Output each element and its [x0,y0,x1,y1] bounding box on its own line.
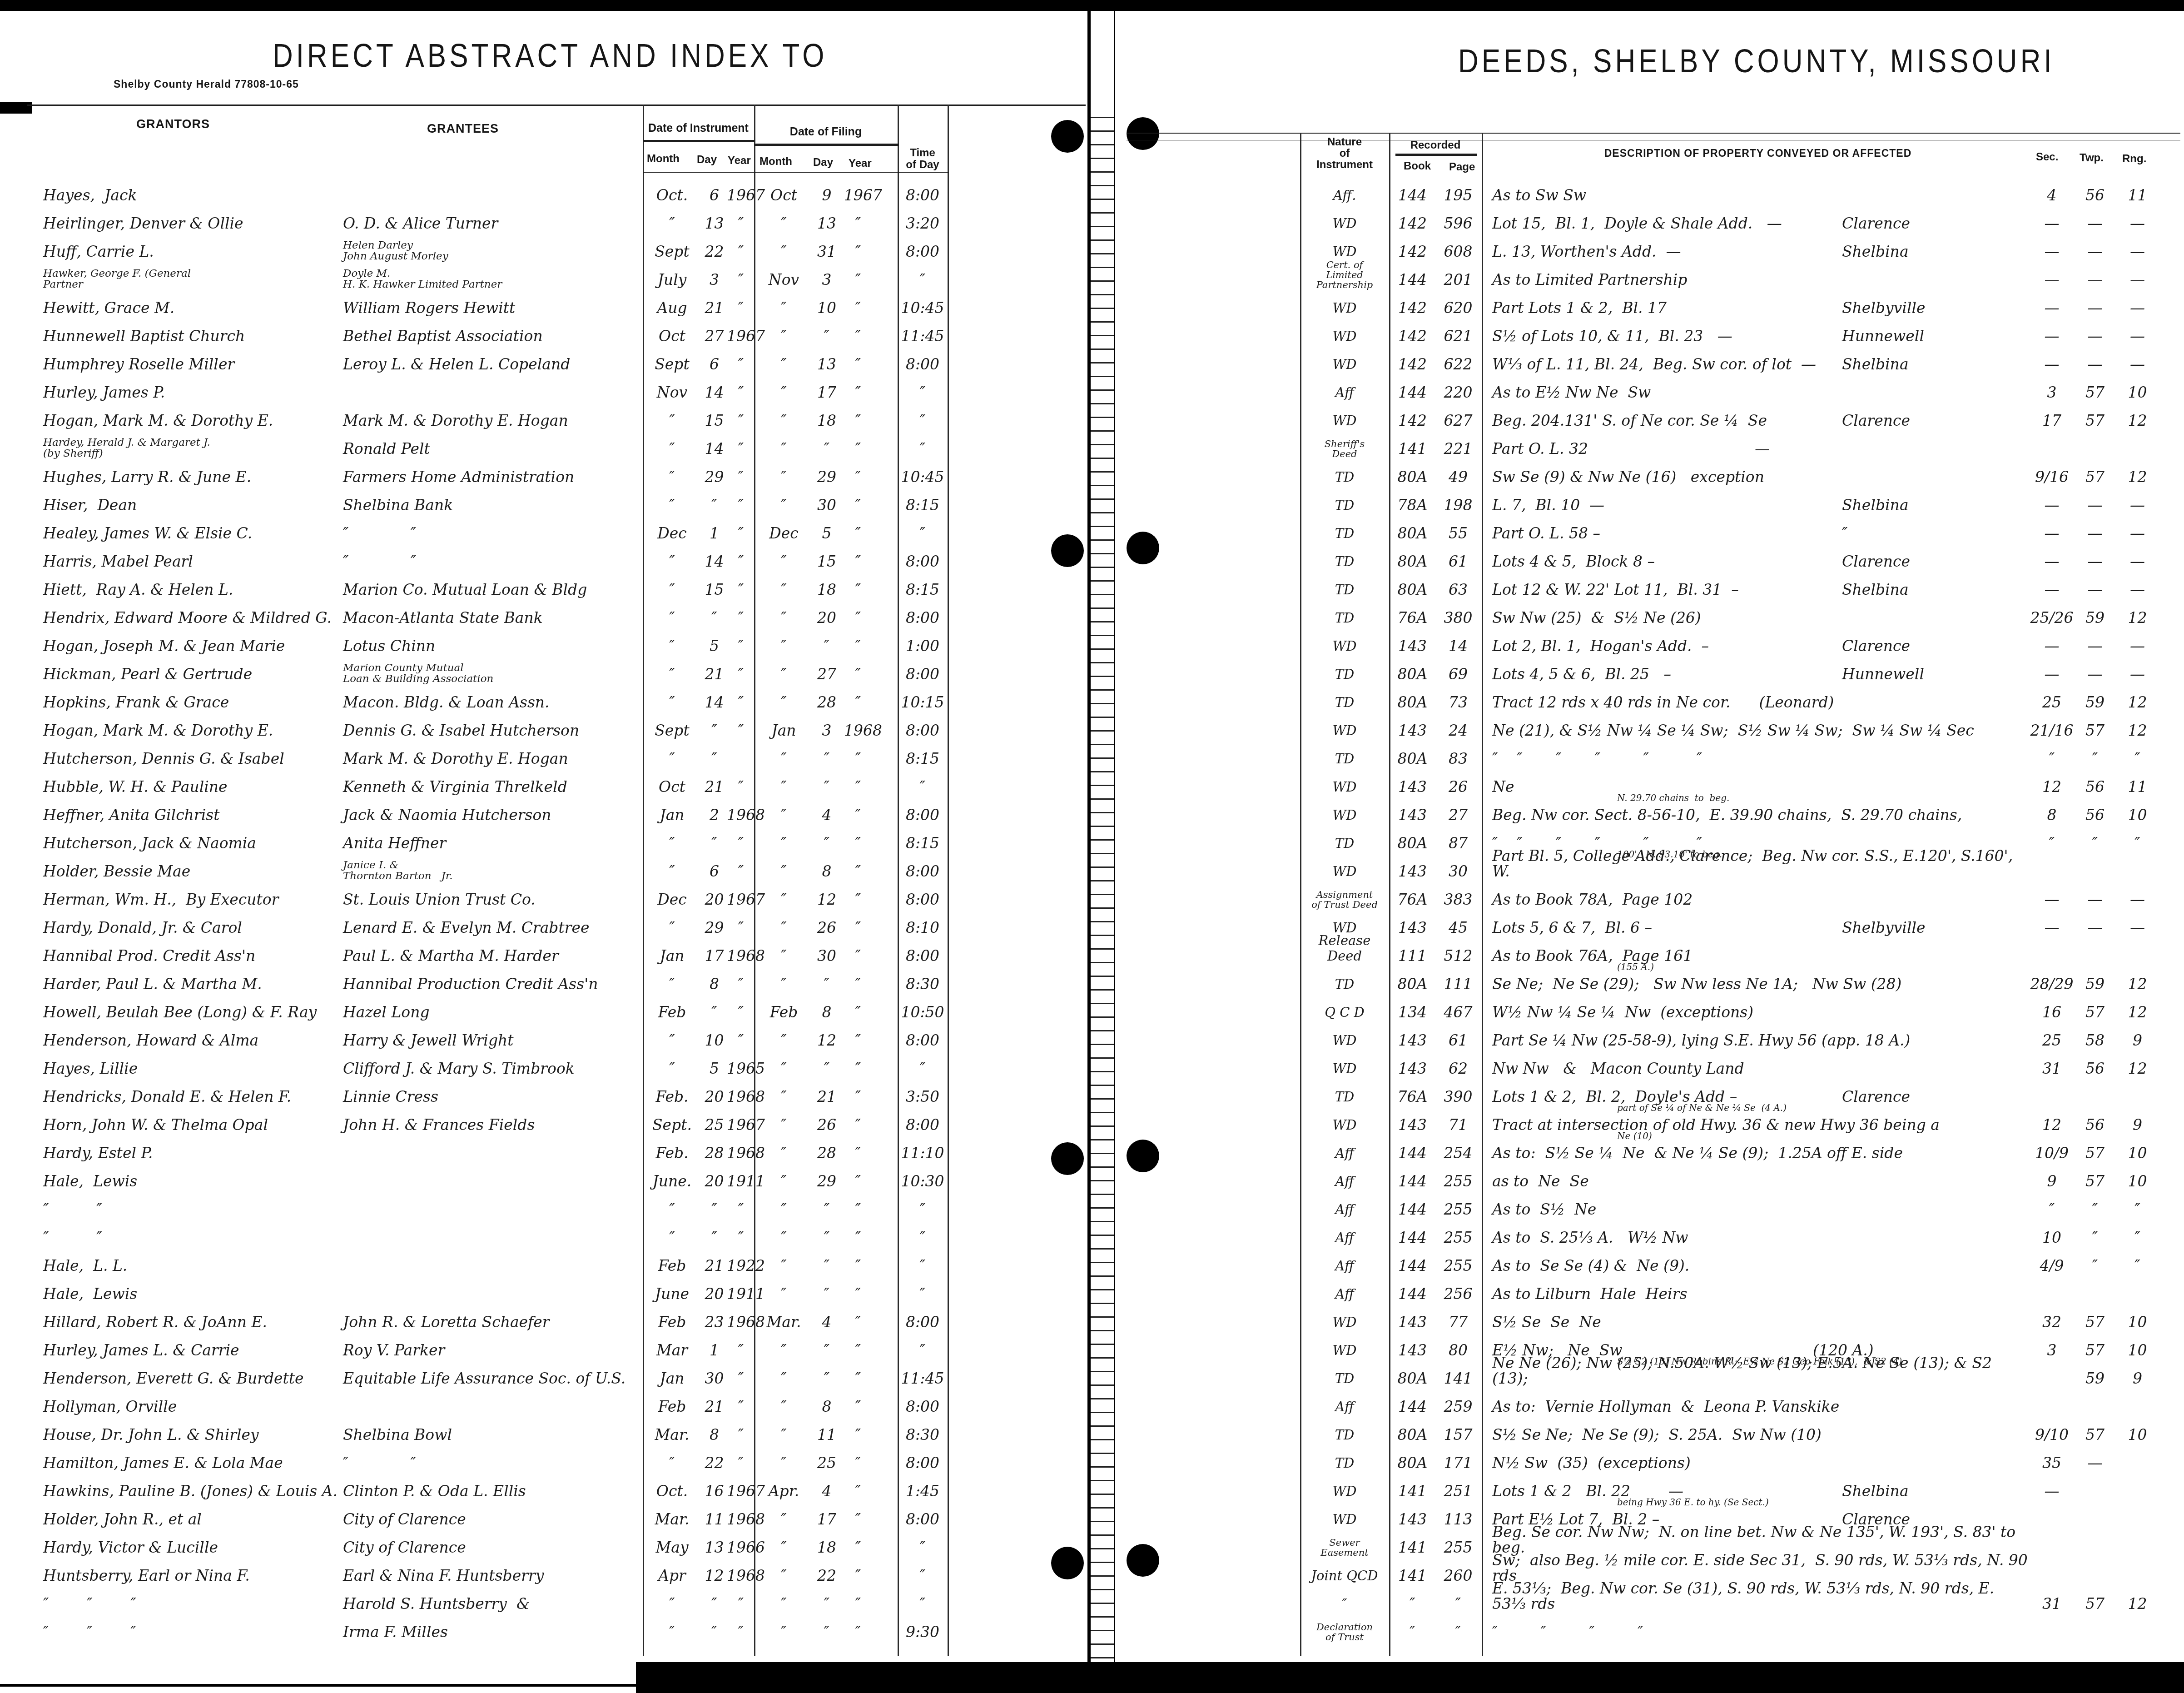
rng-cell: 10 [2116,1145,2159,1161]
instrument-month-cell: ″ [646,498,698,513]
filing-year-cell: ″ [844,638,872,654]
grantee-cell: ″ ″ [343,554,638,569]
book-cell: 80A [1391,667,1434,682]
grantor-cell: Healey, James W. & Elsie C. [43,526,338,541]
grantee-cell: City of Clarence [343,1512,638,1527]
book-cell: 80A [1391,469,1434,485]
nature-cell: WD [1300,638,1389,654]
instrument-month-cell: ″ [646,1061,698,1076]
book-cell: 144 [1391,272,1434,288]
table-row: Hale, LewisJune.201911″29″10:30Aff144255… [0,1164,2184,1192]
nature-cell: WD [1300,1117,1389,1133]
filing-year-cell: ″ [844,976,872,992]
filing-month-cell: ″ [758,1512,810,1527]
description-cell: N½ Sw (35) (exceptions) [1492,1455,2028,1471]
rng-cell: — [2116,667,2159,682]
instrument-year-cell: ″ [727,1399,755,1414]
page-cell: 157 [1435,1427,1481,1443]
book-cell: 142 [1391,216,1434,231]
grantee-cell: ″ ″ [343,526,638,541]
book-cell: 80A [1391,1371,1434,1386]
instrument-year-cell: ″ [727,920,755,936]
sec-cell: — [2030,272,2074,288]
filing-day-cell: ″ [811,1286,842,1302]
col-date-of-instrument: Date of Instrument [643,122,754,135]
instrument-day-cell: ″ [700,1596,729,1612]
nature-cell: WD [1300,1061,1389,1076]
table-row: Hogan, Joseph M. & Jean MarieLotus Chinn… [0,629,2184,657]
time-of-day-cell: 8:30 [898,976,947,992]
rng-cell: ″ [2116,1258,2159,1274]
nature-cell: WD [1300,216,1389,231]
instrument-day-cell: ″ [700,1624,729,1640]
filing-year-cell: ″ [844,864,872,879]
book-cell: 76A [1391,892,1434,907]
description-note: part of Se ¼ of Ne & Ne ¼ Se (4 A.) [1617,1103,2026,1112]
grantor-cell: Hutcherson, Jack & Naomia [43,836,338,851]
book-cell: 144 [1391,188,1434,203]
time-of-day-cell: 3:50 [898,1089,947,1105]
time-of-day-cell: ″ [898,1230,947,1245]
rng-cell: 12 [2116,610,2159,626]
rng-cell: — [2116,554,2159,569]
grantee-cell: William Rogers Hewitt [343,300,638,316]
page-cell: 467 [1435,1005,1481,1020]
time-of-day-cell: 1:00 [898,638,947,654]
instrument-day-cell: 14 [700,385,729,400]
sec-cell: — [2030,498,2074,513]
rng-label: Rng. [2122,153,2146,165]
filing-day-cell: 4 [811,1484,842,1499]
description-cell: W½ Nw ¼ Se ¼ Nw (exceptions) [1492,1005,2028,1020]
filing-year-cell: ″ [844,1512,872,1527]
instrument-month-cell: Feb [646,1005,698,1020]
instrument-year-cell: ″ [727,1371,755,1386]
description-cell: Beg. Se cor. Nw Nw; N. on line bet. Nw &… [1492,1524,2028,1555]
filing-year-cell: ″ [844,1540,872,1555]
grantor-cell: ″ ″ ″ [43,1624,338,1640]
grantor-cell: Hurley, James L. & Carrie [43,1343,338,1358]
grantee-cell: Irma F. Milles [343,1624,638,1640]
instrument-day-cell: 21 [700,300,729,316]
rng-cell: 10 [2116,385,2159,400]
nature-cell: WD [1300,300,1389,316]
grantee-cell: Hannibal Production Credit Ass'n [343,976,638,992]
instrument-year-cell: 1966 [727,1540,755,1555]
instrument-day-cell: 21 [700,667,729,682]
page-cell: 512 [1435,948,1481,964]
grantee-cell: Marion Co. Mutual Loan & Bldg [343,582,638,598]
page-cell: 73 [1435,695,1481,710]
filing-year-cell: ″ [844,1343,872,1358]
rng-cell: 12 [2116,413,2159,428]
instrument-month-cell: ″ [646,441,698,457]
grantor-cell: Henderson, Howard & Alma [43,1033,338,1048]
time-of-day-cell: 10:45 [898,469,947,485]
time-of-day-cell: 8:00 [898,807,947,823]
table-row: Herman, Wm. H., By ExecutorSt. Louis Uni… [0,882,2184,911]
rng-cell: 12 [2116,1061,2159,1076]
twp-cell: — [2075,329,2115,344]
grantee-cell: Doyle M. H. K. Hawker Limited Partner [343,268,638,290]
grantor-cell: Heirlinger, Denver & Ollie [43,216,338,231]
nature-cell: WD [1300,864,1389,879]
page-cell: 113 [1435,1512,1481,1527]
instrument-year-cell: ″ [727,272,755,288]
instrument-day-cell: 23 [700,1315,729,1330]
page-cell: 80 [1435,1343,1481,1358]
grantor-cell: Hughes, Larry R. & June E. [43,469,338,485]
instrument-year-cell: ″ [727,667,755,682]
time-of-day-cell: 10:50 [898,1005,947,1020]
instrument-year-cell: ″ [727,498,755,513]
grantor-cell: House, Dr. John L. & Shirley [43,1427,338,1443]
grantor-cell: Hayes, Lillie [43,1061,338,1076]
grantee-cell: Dennis G. & Isabel Hutcherson [343,723,638,738]
instrument-year-cell: ″ [727,1624,755,1640]
twp-cell: 59 [2075,610,2115,626]
book-cell: 76A [1391,610,1434,626]
grantor-cell: Hale, Lewis [43,1286,338,1302]
grantee-cell: Mark M. & Dorothy E. Hogan [343,751,638,767]
rng-cell: — [2116,920,2159,936]
filing-year-cell: ″ [844,610,872,626]
filing-year-cell: ″ [844,1033,872,1048]
page-cell: 71 [1435,1117,1481,1133]
description-cell: S½ Se Se Ne [1492,1315,2028,1330]
rng-cell: 12 [2116,695,2159,710]
instrument-month-cell: Jan [646,1371,698,1386]
grantee-cell: Jack & Naomia Hutcherson [343,807,638,823]
instrument-year-cell: 1968 [727,1568,755,1583]
book-cell: 142 [1391,300,1434,316]
rng-cell: — [2116,216,2159,231]
table-row: Harder, Paul L. & Martha M.Hannibal Prod… [0,967,2184,995]
instrument-month-cell: Mar [646,1343,698,1358]
filing-day-cell: 18 [811,582,842,598]
nature-cell: Aff [1300,385,1389,400]
instrument-month-cell: Feb [646,1258,698,1274]
page-cell: 201 [1435,272,1481,288]
table-row: Hardey, Herald J. & Margaret J. (by Sher… [0,432,2184,460]
time-of-day-cell: 10:15 [898,695,947,710]
grantee-cell: Ronald Pelt [343,441,638,457]
instrument-month-cell: June. [646,1174,698,1189]
filing-year-cell: ″ [844,526,872,541]
instrument-day-cell: 14 [700,554,729,569]
instrument-month-cell: ″ [646,1455,698,1471]
nature-cell: WD [1300,244,1389,259]
filing-month-cell: ″ [758,1624,810,1640]
filing-month-cell: ″ [758,1061,810,1076]
rng-cell: 12 [2116,976,2159,992]
book-cell: 80A [1391,554,1434,569]
town-cell: Clarence [1842,1089,2024,1105]
instrument-month-cell: Dec [646,526,698,541]
instrument-month-cell: Sept [646,244,698,259]
instrument-year-cell: ″ [727,836,755,851]
nature-cell: Cert. of Limited Partnership [1300,260,1389,290]
table-row: Holder, Bessie MaeJanice I. & Thornton B… [0,854,2184,882]
page-cell: 255 [1435,1202,1481,1217]
table-row: Hendrix, Edward Moore & Mildred G.Macon-… [0,601,2184,629]
rng-cell: — [2116,892,2159,907]
sec-cell: — [2030,526,2074,541]
page-title-left: DIRECT ABSTRACT AND INDEX TO [273,38,828,75]
instrument-day-cell: 20 [700,892,729,907]
twp-cell: — [2075,272,2115,288]
town-cell: Shelbina [1842,1484,2024,1499]
book-cell: 143 [1391,1033,1434,1048]
grantee-cell: Bethel Baptist Association [343,329,638,344]
filing-month-cell: ″ [758,582,810,598]
grantor-cell: Harder, Paul L. & Martha M. [43,976,338,992]
rng-cell: 11 [2116,188,2159,203]
nature-cell: WD [1300,1033,1389,1048]
grantee-cell: Lenard E. & Evelyn M. Crabtree [343,920,638,936]
instrument-year-cell: 1968 [727,1512,755,1527]
nature-cell: Aff [1300,1230,1389,1245]
grantee-cell: Janice I. & Thornton Barton Jr. [343,860,638,881]
book-cell: 80A [1391,1455,1434,1471]
instrument-year-cell: ″ [727,1427,755,1443]
table-row: Heirlinger, Denver & OllieO. D. & Alice … [0,206,2184,234]
scan-top-edge [0,0,2184,11]
time-of-day-cell: 8:00 [898,1399,947,1414]
filing-month-cell: ″ [758,1371,810,1386]
filing-month-cell: ″ [758,1343,810,1358]
filing-month-cell: Oct [758,188,810,203]
table-row: Hale, LewisJune201911″″″″Aff144256As to … [0,1277,2184,1305]
table-row: Hiett, Ray A. & Helen L.Marion Co. Mutua… [0,573,2184,601]
instrument-year-label: Year [728,154,751,167]
table-row: Hardy, Estel P.Feb.281968″28″11:10Aff144… [0,1136,2184,1164]
instrument-month-cell: ″ [646,1033,698,1048]
filing-month-cell: ″ [758,469,810,485]
book-cell: 142 [1391,244,1434,259]
page-cell: 256 [1435,1286,1481,1302]
filing-year-cell: ″ [844,779,872,795]
grantee-cell: Linnie Cress [343,1089,638,1105]
book-cell: 80A [1391,751,1434,767]
twp-cell: 56 [2075,807,2115,823]
time-of-day-cell: 8:15 [898,498,947,513]
town-cell: Shelbyville [1842,300,2024,316]
instrument-year-cell: ″ [727,300,755,316]
twp-cell: 57 [2075,385,2115,400]
table-row: Hawker, George F. (General PartnerDoyle … [0,263,2184,291]
time-of-day-cell: 8:30 [898,1427,947,1443]
filing-month-cell: ″ [758,1145,810,1161]
time-of-day-cell: ″ [898,1286,947,1302]
page-cell: 627 [1435,413,1481,428]
grantor-cell: Howell, Beulah Bee (Long) & F. Ray [43,1005,338,1020]
sec-cell: 31 [2030,1061,2074,1076]
book-cell: 144 [1391,385,1434,400]
sec-cell: — [2030,667,2074,682]
grantor-cell: Hardey, Herald J. & Margaret J. (by Sher… [43,437,338,459]
instrument-year-cell: ″ [727,1455,755,1471]
filing-day-cell: 3 [811,272,842,288]
instrument-month-cell: ″ [646,976,698,992]
description-cell: As to: S½ Se ¼ Ne & Ne ¼ Se (9); 1.25A o… [1492,1145,2028,1161]
nature-cell: TD [1300,667,1389,682]
instrument-month-cell: ″ [646,920,698,936]
filing-year-cell: ″ [844,1145,872,1161]
description-cell: As to Book 78A, Page 102 [1492,892,2028,907]
time-of-day-cell: 3:20 [898,216,947,231]
instrument-year-cell: 1967 [727,892,755,907]
filing-month-cell: ″ [758,1117,810,1133]
twp-cell: — [2075,892,2115,907]
filing-day-cell: 18 [811,413,842,428]
filing-month-cell: ″ [758,807,810,823]
filing-day-cell: 13 [811,216,842,231]
time-of-day-cell: ″ [898,441,947,457]
town-cell: Hunnewell [1842,329,2024,344]
time-of-day-cell: 11:10 [898,1145,947,1161]
filing-month-cell: Nov [758,272,810,288]
filing-day-cell: 11 [811,1427,842,1443]
sec-cell: 9/16 [2030,469,2074,485]
filing-year-cell: ″ [844,836,872,851]
instrument-day-cell: 30 [700,1371,729,1386]
town-cell: Shelbina [1842,498,2024,513]
nature-cell: WD [1300,413,1389,428]
twp-cell: ″ [2075,1230,2115,1245]
twp-cell: ″ [2075,836,2115,851]
nature-cell: Q C D [1300,1005,1389,1020]
page-cell: 254 [1435,1145,1481,1161]
imprint: Shelby County Herald 77808-10-65 [114,78,299,90]
nature-cell: Sheriff's Deed [1300,439,1389,459]
description-cell: Part Se ¼ Nw (25-58-9), lying S.E. Hwy 5… [1492,1033,2028,1048]
instrument-month-cell: Oct. [646,1484,698,1499]
page-cell: 26 [1435,779,1481,795]
book-cell: 143 [1391,807,1434,823]
page-cell: 62 [1435,1061,1481,1076]
filing-month-cell: Dec [758,526,810,541]
rng-cell: — [2116,300,2159,316]
instrument-year-cell: ″ [727,582,755,598]
grantee-cell: Mark M. & Dorothy E. Hogan [343,413,638,428]
grantor-cell: Hillard, Robert R. & JoAnn E. [43,1315,338,1330]
book-cell: 80A [1391,836,1434,851]
description-cell: As to Book 76A, Page 161 [1492,948,2028,964]
col-recorded: Recorded [1389,139,1482,152]
table-row: Huff, Carrie L.Helen Darley John August … [0,234,2184,263]
filing-year-cell: ″ [844,807,872,823]
instrument-month-cell: Mar. [646,1427,698,1443]
filing-month-cell: ″ [758,1568,810,1583]
filing-year-cell: ″ [844,1258,872,1274]
instrument-year-cell: 1968 [727,807,755,823]
punch-hole [1127,117,1159,150]
sec-cell: 8 [2030,807,2074,823]
book-cell: 78A [1391,498,1434,513]
grantee-cell: John R. & Loretta Schaefer [343,1315,638,1330]
rng-cell: 11 [2116,779,2159,795]
nature-cell: TD [1300,498,1389,513]
page-cell: 380 [1435,610,1481,626]
book-cell: 80A [1391,1427,1434,1443]
instrument-day-cell: 20 [700,1174,729,1189]
page-label: Page [1449,161,1475,174]
grantor-cell: ″ ″ [43,1202,338,1217]
instrument-year-cell: ″ [727,441,755,457]
page-cell: 61 [1435,554,1481,569]
filing-year-cell: ″ [844,1286,872,1302]
book-cell: 144 [1391,1286,1434,1302]
grantor-cell: Hawker, George F. (General Partner [43,268,338,290]
description-cell: ″ ″ ″ ″ ″ ″ [1492,751,2028,767]
instrument-year-cell: 1922 [727,1258,755,1274]
grantor-cell: Hiett, Ray A. & Helen L. [43,582,338,598]
instrument-month-cell: May [646,1540,698,1555]
grantor-cell: Hale, Lewis [43,1174,338,1189]
scan-bottom-edge [636,1662,2184,1693]
sec-cell: 9/10 [2030,1427,2074,1443]
filing-month-cell: ″ [758,1033,810,1048]
instrument-day-cell: 16 [700,1484,729,1499]
filing-year-cell: ″ [844,920,872,936]
filing-month-cell: ″ [758,1230,810,1245]
sec-cell: 31 [2030,1596,2074,1612]
grantee-cell: Harold S. Huntsberry & [343,1596,638,1612]
description-cell: Sw Nw (25) & S½ Ne (26) [1492,610,2028,626]
instrument-day-cell: ″ [700,1230,729,1245]
instrument-day-cell: ″ [700,1005,729,1020]
twp-cell: 57 [2075,413,2115,428]
time-of-day-cell: ″ [898,1202,947,1217]
page-cell: 220 [1435,385,1481,400]
filing-day-cell: 4 [811,807,842,823]
instrument-day-cell: 27 [700,329,729,344]
instrument-year-cell: ″ [727,469,755,485]
instrument-day-cell: 1 [700,1343,729,1358]
table-row: Henderson, Howard & AlmaHarry & Jewell W… [0,1023,2184,1051]
filing-day-cell: 17 [811,1512,842,1527]
col-grantees: GRANTEES [427,122,499,136]
filing-year-cell: ″ [844,1174,872,1189]
nature-cell: WD [1300,723,1389,738]
filing-month-cell: ″ [758,244,810,259]
nature-cell: TD [1300,1427,1389,1443]
instrument-month-cell: Oct [646,329,698,344]
nature-cell: TD [1300,469,1389,485]
instrument-day-cell: 21 [700,779,729,795]
instrument-year-cell: ″ [727,976,755,992]
filing-year-cell: 1967 [844,188,872,203]
description-cell: Nw Nw & Macon County Land [1492,1061,2028,1076]
filing-month-cell: ″ [758,1455,810,1471]
sec-cell: 4 [2030,188,2074,203]
page-cell: 55 [1435,526,1481,541]
instrument-month-cell: ″ [646,1624,698,1640]
sec-cell: 12 [2030,1117,2074,1133]
page-cell: 390 [1435,1089,1481,1105]
filing-month-cell: ″ [758,1258,810,1274]
page-cell: 77 [1435,1315,1481,1330]
twp-label: Twp. [2080,152,2104,164]
book-cell: 111 [1391,948,1434,964]
twp-cell: 56 [2075,1117,2115,1133]
filing-month-cell: ″ [758,892,810,907]
rng-cell: 12 [2116,469,2159,485]
twp-cell: 59 [2075,1371,2115,1386]
book-cell: 143 [1391,1061,1434,1076]
instrument-month-cell: Feb. [646,1089,698,1105]
